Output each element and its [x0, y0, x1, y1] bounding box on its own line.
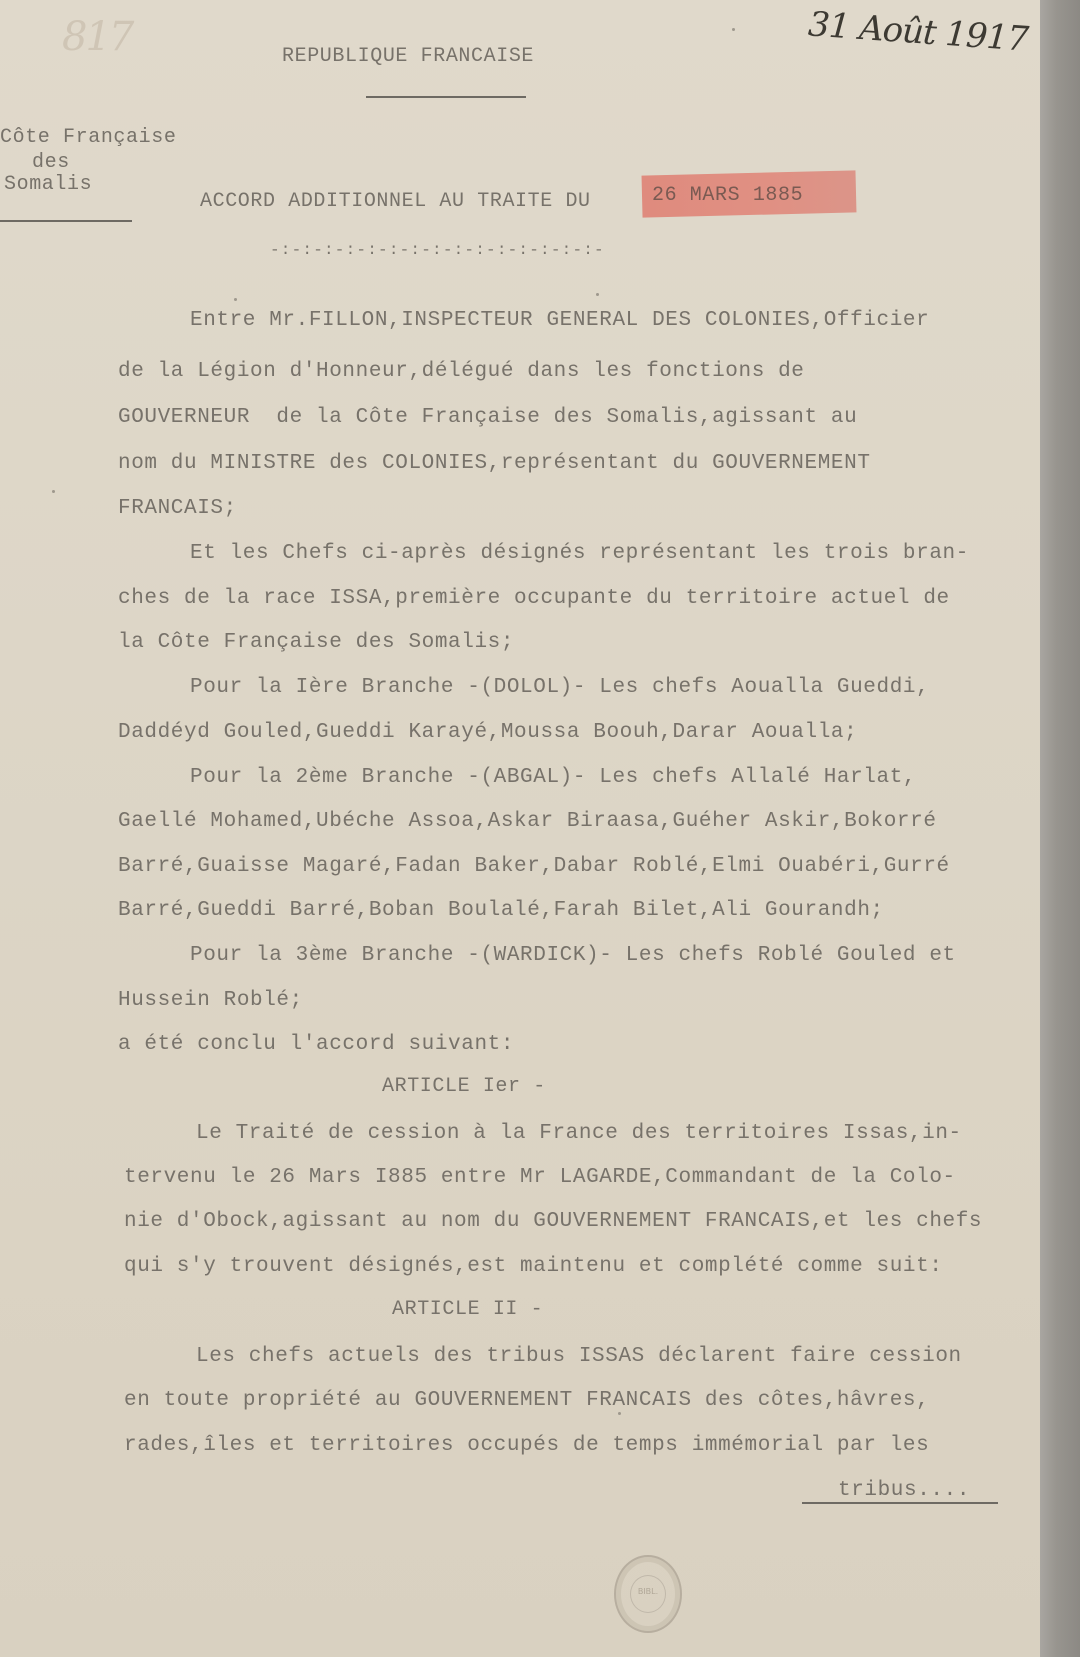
paragraph-line: Barré,Gueddi Barré,Boban Boulalé,Farah B…: [118, 900, 884, 921]
article-1-line: nie d'Obock,agissant au nom du GOUVERNEM…: [124, 1211, 982, 1232]
paragraph-line: Hussein Roblé;: [118, 990, 303, 1011]
paper-speck: [732, 28, 735, 31]
article-2-line: Les chefs actuels des tribus ISSAS décla…: [196, 1346, 962, 1367]
catchword-underline: [802, 1502, 998, 1504]
scan-edge-margin: [1040, 0, 1080, 1657]
paragraph-line: ches de la race ISSA,première occupante …: [118, 588, 950, 609]
paragraph-line: a été conclu l'accord suivant:: [118, 1034, 514, 1055]
document-header: REPUBLIQUE FRANCAISE: [282, 47, 534, 67]
continuation-catchword: tribus....: [838, 1480, 970, 1501]
article-1-line: qui s'y trouvent désignés,est maintenu e…: [124, 1256, 943, 1277]
archive-number: 817: [62, 14, 132, 60]
sidebar-heading-line-1: Côte Française: [0, 128, 176, 148]
archive-stamp: BIBL.: [614, 1555, 682, 1633]
article-1-heading: ARTICLE Ier -: [382, 1077, 546, 1097]
paragraph-line: Pour la Ière Branche -(DOLOL)- Les chefs…: [190, 677, 929, 698]
sidebar-underline: [0, 220, 132, 222]
article-1-line: Le Traité de cession à la France des ter…: [196, 1123, 962, 1144]
paper-speck: [52, 490, 55, 493]
paragraph-line: Pour la 2ème Branche -(ABGAL)- Les chefs…: [190, 767, 916, 788]
article-1-line: tervenu le 26 Mars I885 entre Mr LAGARDE…: [124, 1167, 956, 1188]
paragraph-line: Pour la 3ème Branche -(WARDICK)- Les che…: [190, 945, 956, 966]
paragraph-line: Barré,Guaisse Magaré,Fadan Baker,Dabar R…: [118, 856, 950, 877]
paper-speck: [596, 293, 599, 296]
article-2-heading: ARTICLE II -: [392, 1300, 543, 1320]
paragraph-line: GOUVERNEUR de la Côte Française des Soma…: [118, 407, 857, 428]
document-page: 817 31 Août 1917 REPUBLIQUE FRANCAISE Cô…: [0, 0, 1040, 1657]
paragraph-line: Gaellé Mohamed,Ubéche Assoa,Askar Biraas…: [118, 811, 937, 832]
stamp-label: BIBL.: [616, 1587, 680, 1596]
header-underline: [366, 96, 526, 98]
article-2-line: en toute propriété au GOUVERNEMENT FRANC…: [124, 1390, 929, 1411]
paper-speck: [618, 1412, 621, 1415]
sidebar-heading-line-2: des: [32, 153, 70, 173]
paragraph-line: FRANCAIS;: [118, 498, 237, 519]
sidebar-heading-line-3: Somalis: [4, 175, 92, 195]
accord-title: ACCORD ADDITIONNEL AU TRAITE DU: [200, 192, 591, 212]
separator-line: -:-:-:-:-:-:-:-:-:-:-:-:-:-:-:-: [270, 242, 605, 258]
paragraph-line: la Côte Française des Somalis;: [118, 632, 514, 653]
paragraph-line: nom du MINISTRE des COLONIES,représentan…: [118, 453, 871, 474]
article-2-line: rades,îles et territoires occupés de tem…: [124, 1435, 929, 1456]
paragraph-line: Daddéyd Gouled,Gueddi Karayé,Moussa Boou…: [118, 722, 857, 743]
paragraph-line: Entre Mr.FILLON,INSPECTEUR GENERAL DES C…: [190, 310, 929, 331]
paragraph-line: Et les Chefs ci-après désignés représent…: [190, 543, 969, 564]
paper-speck: [234, 298, 237, 301]
handwritten-date: 31 Août 1917: [807, 4, 1029, 59]
accord-title-date: 26 MARS 1885: [652, 186, 803, 206]
paragraph-line: de la Légion d'Honneur,délégué dans les …: [118, 361, 805, 382]
